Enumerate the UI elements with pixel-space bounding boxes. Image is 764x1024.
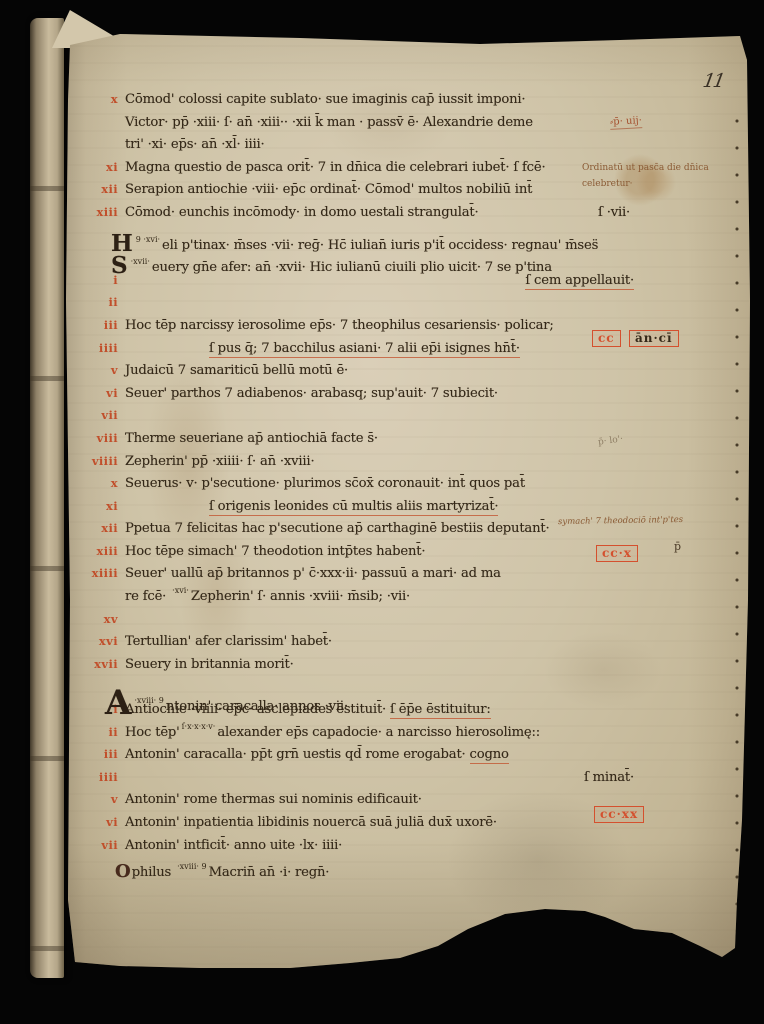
line-text: Antonin' intficit̄· anno uite ·lx· iiii· xyxy=(125,838,342,853)
text-line: viiAntonin' intficit̄· anno uite ·lx· ii… xyxy=(88,838,644,861)
line-text: Antonin' rome thermas sui nominis edific… xyxy=(125,792,422,807)
superscript-note: ·xvi· xyxy=(172,586,189,595)
underlined-text: ſ pus q̄; 7 bacchilus asiani· 7 alii ep̄… xyxy=(209,341,520,358)
text-line: xviTertullian' afer clarissim' habet̄· xyxy=(88,634,644,657)
line-text: tri' ·xi· ep̄s· an̄ ·xl̄· iiii· xyxy=(125,137,265,152)
text-line: viAntonin' inpatientia libidinis nouercā… xyxy=(88,815,644,838)
superscript-note: ſ·x·x·x·v· xyxy=(182,722,216,731)
text-line: viSeuer' parthos 7 adiabenos· arabasq; s… xyxy=(88,386,644,409)
era-year-box: ān·cī xyxy=(629,330,679,347)
text-line: xv xyxy=(88,612,644,635)
text-line: vAntonin' rome thermas sui nominis edifi… xyxy=(88,792,644,815)
text-line: iiiAntonin' caracalla· pp̄t grn̄ uestis … xyxy=(88,747,644,770)
text-line: viiiTherme seueriane ap̄ antiochiā facte… xyxy=(88,431,644,454)
text-line: viiiiZepherin' pp̄ ·xiiii· ſ· an̄ ·xviii… xyxy=(88,454,644,477)
text-line: iiHoc tēp'ſ·x·x·x·v·alexander ep̄s capad… xyxy=(88,725,644,748)
line-numeral: xv xyxy=(88,612,125,626)
text-line: xiiSerapion antiochie ·viii· ep̄c ordina… xyxy=(88,182,644,205)
underlined-text: ſ ēp̄e ēstituitur: xyxy=(390,702,491,719)
line-text: philus xyxy=(132,865,175,880)
line-right-text: ſ ·vii· xyxy=(598,205,644,220)
line-text: eli p'tinax· m̄ses ·vii· reḡ· Hc̄ iulian… xyxy=(162,238,598,253)
line-text: Zepherin' ſ· annis ·xviii· m̄sib; ·vii· xyxy=(191,589,410,604)
line-numeral: xiii xyxy=(88,544,125,558)
underlined-text: ſ cem appellauit· xyxy=(525,273,634,290)
line-text: Macrin̄ an̄ ·i· regn̄· xyxy=(209,865,330,880)
margin-note: p̄ xyxy=(674,540,681,553)
line-numeral: xiii xyxy=(88,205,125,219)
text-line: A·xviii· 9ntonin' caracalla· annos ·vii· xyxy=(88,679,644,702)
text-line: xSeuerus· v· p'secutione· plurimos sc̄ox… xyxy=(88,476,644,499)
margin-note: celebretur· xyxy=(582,179,633,189)
initial-letter: S xyxy=(111,252,128,279)
line-numeral: xii xyxy=(88,182,125,196)
underlined-text: ſ origenis leonides cū multis aliis mart… xyxy=(209,499,498,516)
text-line: tri' ·xi· ep̄s· an̄ ·xl̄· iiii· xyxy=(88,137,644,160)
text-line: xiiiCōmod· eunchis incōmody· in domo ues… xyxy=(88,205,644,228)
era-year-box: cc xyxy=(592,330,621,347)
superscript-note: ·xvii· xyxy=(131,257,150,266)
line-numeral: xi xyxy=(88,499,125,513)
line-numeral: xi xyxy=(88,160,125,174)
superscript-note: 9 ·xvi· xyxy=(136,235,160,244)
initial-letter: O xyxy=(115,861,131,882)
line-text: Ppetua 7 felicitas hac p'secutione ap̄ c… xyxy=(125,521,549,536)
line-numeral: vi xyxy=(88,815,125,829)
line-numeral: x xyxy=(88,476,125,490)
superscript-note: ·xviii· 9 xyxy=(134,696,163,705)
text-line: iiiiſ minat̄· xyxy=(88,770,644,793)
text-line: ii xyxy=(88,295,644,318)
line-numeral: vii xyxy=(88,838,125,852)
line-text: Seuer' uallū ap̄ britannos p' c̄·xxx·ii·… xyxy=(125,566,501,581)
line-numeral: iii xyxy=(88,747,125,761)
line-numeral: xii xyxy=(88,521,125,535)
line-numeral: x xyxy=(88,92,125,106)
text-line: xiMagna questio de pasca orit̄· 7 in dn̄… xyxy=(88,160,644,183)
superscript-note: ·xviii· 9 xyxy=(177,862,206,871)
text-line: Ophilus ·xviii· 9Macrin̄ an̄ ·i· regn̄· xyxy=(88,860,644,883)
line-text: Hoc tēp narcissy ierosolime ep̄s· 7 theo… xyxy=(125,318,554,333)
text-line: iiiiſ pus q̄; 7 bacchilus asiani· 7 alii… xyxy=(88,341,644,364)
line-numeral: v xyxy=(88,363,125,377)
line-numeral: ii xyxy=(88,295,125,309)
text-line: iſ cem appellauit· xyxy=(88,273,644,296)
line-text: Serapion antiochie ·viii· ep̄c ordinat̄·… xyxy=(125,182,532,197)
underlined-text: cogno xyxy=(470,747,509,764)
line-text: Therme seueriane ap̄ antiochiā facte s̄· xyxy=(125,431,378,446)
margin-note: symach' 7 theodociō int'p'tes xyxy=(558,515,683,527)
line-text: Judaicū 7 samariticū bellū motū ē· xyxy=(125,363,348,378)
margin-note: Ordinatū ut pasc̄a die dn̄ica xyxy=(582,163,709,173)
line-text: Seuerus· v· p'secutione· plurimos sc̄ox̄… xyxy=(125,476,525,491)
text-line: vJudaicū 7 samariticū bellū motū ē· xyxy=(88,363,644,386)
line-text: alexander ep̄s capadocie· a narcisso hie… xyxy=(217,725,540,740)
line-numeral: ii xyxy=(88,725,125,739)
book-spine xyxy=(30,18,64,978)
pricking-dots xyxy=(734,118,740,966)
manuscript-photo: 11 xCōmod' colossi capite sublato· sue i… xyxy=(0,0,764,1024)
line-text: Victor· pp̄ ·xiii· ſ· an̄ ·xiii·· ·xii k… xyxy=(125,115,533,130)
manuscript-page: 11 xCōmod' colossi capite sublato· sue i… xyxy=(58,30,750,970)
line-text: Seuer' parthos 7 adiabenos· arabasq; sup… xyxy=(125,386,498,401)
text-line: vii xyxy=(88,408,644,431)
line-numeral: xvii xyxy=(88,657,125,671)
text-line: S·xvii·euery gn̄e afer: an̄ ·xvii· Hic i… xyxy=(88,250,644,273)
line-text: ſ minat̄· xyxy=(584,770,634,785)
initial-letter: A xyxy=(105,683,131,723)
margin-note: ⸗p̄· uij· xyxy=(610,115,643,130)
text-line: iiiHoc tēp narcissy ierosolime ep̄s· 7 t… xyxy=(88,318,644,341)
line-numeral: vi xyxy=(88,386,125,400)
line-text: Antiochie ·viiii· ep̄c· asclepiades ēsti… xyxy=(125,702,390,717)
line-numeral: viii xyxy=(88,431,125,445)
line-text: Cōmod' colossi capite sublato· sue imagi… xyxy=(125,92,525,107)
line-text: Magna questio de pasca orit̄· 7 in dn̄ic… xyxy=(125,160,545,175)
text-line: xviiSeuery in britannia morit̄· xyxy=(88,657,644,680)
line-numeral: iii xyxy=(88,318,125,332)
text-line: H9 ·xvi·eli p'tinax· m̄ses ·vii· reḡ· Hc… xyxy=(88,228,644,251)
line-numeral: viiii xyxy=(88,454,125,468)
line-numeral: iiii xyxy=(88,770,125,784)
line-text: Hoc tēp' xyxy=(125,725,180,740)
text-line: xCōmod' colossi capite sublato· sue imag… xyxy=(88,92,644,115)
line-text: Hoc tēpe simach' 7 theodotion intp̄tes h… xyxy=(125,544,425,559)
era-year-box: cc·xx xyxy=(594,806,644,823)
line-numeral: xvi xyxy=(88,634,125,648)
text-line: xiiiHoc tēpe simach' 7 theodotion intp̄t… xyxy=(88,544,644,567)
line-numeral: xiiii xyxy=(88,566,125,580)
text-lines: xCōmod' colossi capite sublato· sue imag… xyxy=(88,92,644,883)
line-text: Zepherin' pp̄ ·xiiii· ſ· an̄ ·xviii· xyxy=(125,454,314,469)
folio-number: 11 xyxy=(701,70,725,92)
line-text: Antonin' caracalla· pp̄t grn̄ uestis qd̄… xyxy=(125,747,470,762)
line-text: Cōmod· eunchis incōmody· in domo uestali… xyxy=(125,205,479,220)
line-text: euery gn̄e afer: an̄ ·xvii· Hic iulianū … xyxy=(152,260,552,275)
line-numeral: iiii xyxy=(88,341,125,355)
line-numeral: vii xyxy=(88,408,125,422)
line-text: Tertullian' afer clarissim' habet̄· xyxy=(125,634,332,649)
line-text: re fcē· xyxy=(125,589,170,604)
line-text: Antonin' inpatientia libidinis nouercā s… xyxy=(125,815,497,830)
era-year-box: cc·x xyxy=(596,545,638,562)
text-line: re fcē· ·xvi·Zepherin' ſ· annis ·xviii· … xyxy=(88,589,644,612)
text-line: Victor· pp̄ ·xiii· ſ· an̄ ·xiii·· ·xii k… xyxy=(88,115,644,138)
text-line: iAntiochie ·viiii· ep̄c· asclepiades ēst… xyxy=(88,702,644,725)
line-numeral: v xyxy=(88,792,125,806)
line-text: Seuery in britannia morit̄· xyxy=(125,657,294,672)
